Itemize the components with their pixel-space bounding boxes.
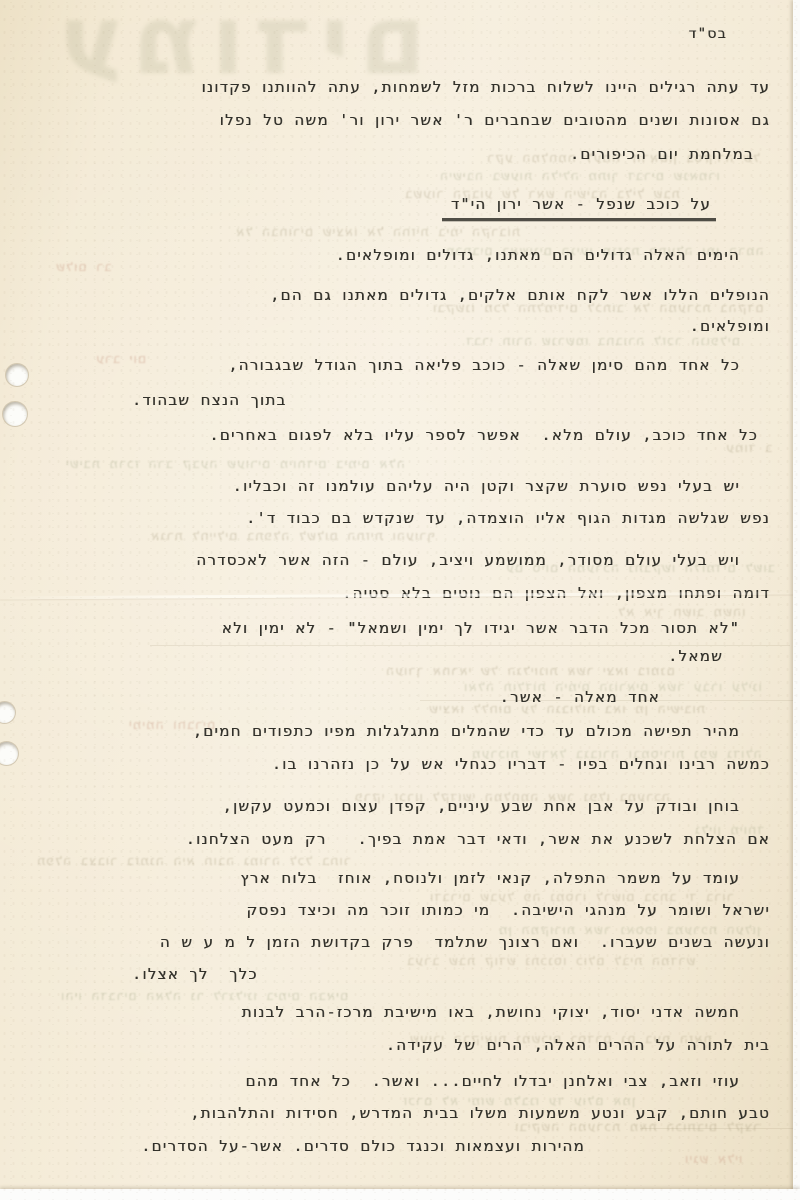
typed-line: עומד על משמר התפלה, קנאי לזמן ולנוסח, או… (240, 870, 740, 887)
typed-line: כלך לך אצלו. (132, 966, 258, 983)
typed-line: אחד מאלה - אשר. (500, 689, 660, 706)
punch-hole (3, 402, 27, 426)
bleedthrough-ghost-line: העורך אחראי של הגליונות אשר יצאו בזמנם (385, 663, 675, 678)
typed-line: אם הצלחת לשכנע את אשר, ודאי דבר אמת בפיך… (186, 831, 770, 848)
bleedthrough-ghost-line: הישיבה בשעות הלילה מתוך דברים שנאמרו (439, 168, 720, 183)
scan-edge-right (793, 0, 800, 1200)
typed-line: נפש שגלשה מגדות הגוף אליו הוצמדה, עד שנק… (246, 510, 770, 527)
typed-line: בוחן ובודק על אבן אחת שבע עיניים, קפדן ע… (223, 798, 740, 815)
typed-line: מהיר תפישה מכולם עד כדי שהמלים מתגלגלות … (193, 723, 740, 740)
bleedthrough-rule (640, 1128, 800, 1129)
typed-line: כל אחד מהם סימן שאלה - כוכב פליאה בתוך ה… (228, 357, 740, 374)
bleedthrough-ghost-line: ויגש אליו (684, 1151, 742, 1166)
bleedthrough-ghost-line: אל הבחורים שיצאו אל החזית בימי הקרבות (235, 224, 520, 239)
bleedthrough-ghost-line: ישיבת מרכז הרב קבעה שעורים מיוחדים בימים… (65, 456, 405, 471)
bleedthrough-ghost-line: בערב שבת קודש נתכנסו כולם לבית המדרש (406, 953, 695, 968)
typed-line: כמשה רבינו וגחלים בפיו - דבריו כגחלי אש … (272, 756, 770, 773)
typed-line: ישראל ושומר על מנהגי הישיבה. מי כמותו זו… (246, 902, 770, 919)
typed-line: שמאל. (668, 648, 723, 665)
bleedthrough-ghost-line: תפלה בצבור בזמנה היא חובה גמורה לכל בחור (36, 853, 351, 868)
bleedthrough-ghost-line: אגרת לחיילים בתפלה לשלום החזית והעורף (150, 528, 435, 543)
bsd-header-mark: בס"ד (689, 26, 727, 43)
typed-line: מהירות ועצמאות וכנגד כולם סדרים. אשר-על … (141, 1138, 585, 1155)
typed-line: דומה ופתחו מצפון, ואל הצפון הם נוטים בלא… (342, 585, 770, 602)
typed-line: גם אסונות ושנים מהטובים שבחברים ר' אשר י… (220, 112, 770, 129)
typed-line: בית לתורה על ההרים האלה, הרים של עקידה. (386, 1037, 770, 1054)
scanned-document-page: עמודים רקע המלחמה לעמוד הראשון בסקירה של… (0, 0, 800, 1200)
typed-line: טבע חותם, קבע ונטע משמעות משלו בבית המדר… (190, 1105, 770, 1122)
typed-line: יש בעלי נפש סוערת שקצר וקטן היה עליהם עו… (233, 478, 740, 495)
typed-line: ונעשה בשנים שעברו. ואם רצונך שתלמד פרק ב… (160, 934, 770, 951)
typed-line: ומופלאים. (690, 318, 770, 335)
bleedthrough-ghost-line: שלום רב (55, 259, 111, 274)
typed-line: הימים האלה גדולים הם מאתנו, גדולים ומופל… (336, 247, 740, 264)
typed-line: "לא תסור מכל הדבר אשר יגידו לך ימין ושמא… (222, 620, 740, 637)
punch-hole (0, 702, 15, 723)
typed-line: חמשה אדני יסוד, יצוקי נחושת, באו מישיבת … (242, 1004, 740, 1021)
bleedthrough-ghost-line: דברי תורה שנרשמו בחבורה לזכר הנופלים (465, 333, 740, 348)
typed-line: בתוך הנצח שבהוד. (132, 392, 286, 409)
bleedthrough-ghost-line: והיו הדברים האלה נר לרגלינו בימים הבאים (60, 988, 348, 1003)
typed-line: במלחמת יום הכיפורים. (570, 146, 754, 163)
punch-hole (0, 742, 18, 765)
punch-hole (6, 364, 28, 386)
typed-line: ויש בעלי עולם מסודר, ממושמע ויציב, עולם … (196, 552, 740, 569)
bleedthrough-rule (150, 645, 790, 646)
typed-line: עוזי וזאב, צבי ואלחנן יבדלו לחיים... ואש… (245, 1073, 740, 1090)
scan-edge-bottom (0, 1189, 800, 1200)
bleedthrough-ghost-line: ערב יום (95, 351, 146, 366)
section-title: על כוכב שנפל - אשר ירון הי"ד (442, 196, 716, 221)
typed-line: עד עתה רגילים היינו לשלוח ברכות מזל לשמח… (202, 79, 770, 96)
typed-line: כל אחד כוכב, עולם מלא. אפשר לספר עליו בל… (209, 427, 758, 444)
bleedthrough-ghost-line: לא איך חשוב משהו (617, 604, 745, 619)
typed-line: הנופלים הללו אשר לקח אותם אלקים, גדולים … (270, 287, 770, 304)
